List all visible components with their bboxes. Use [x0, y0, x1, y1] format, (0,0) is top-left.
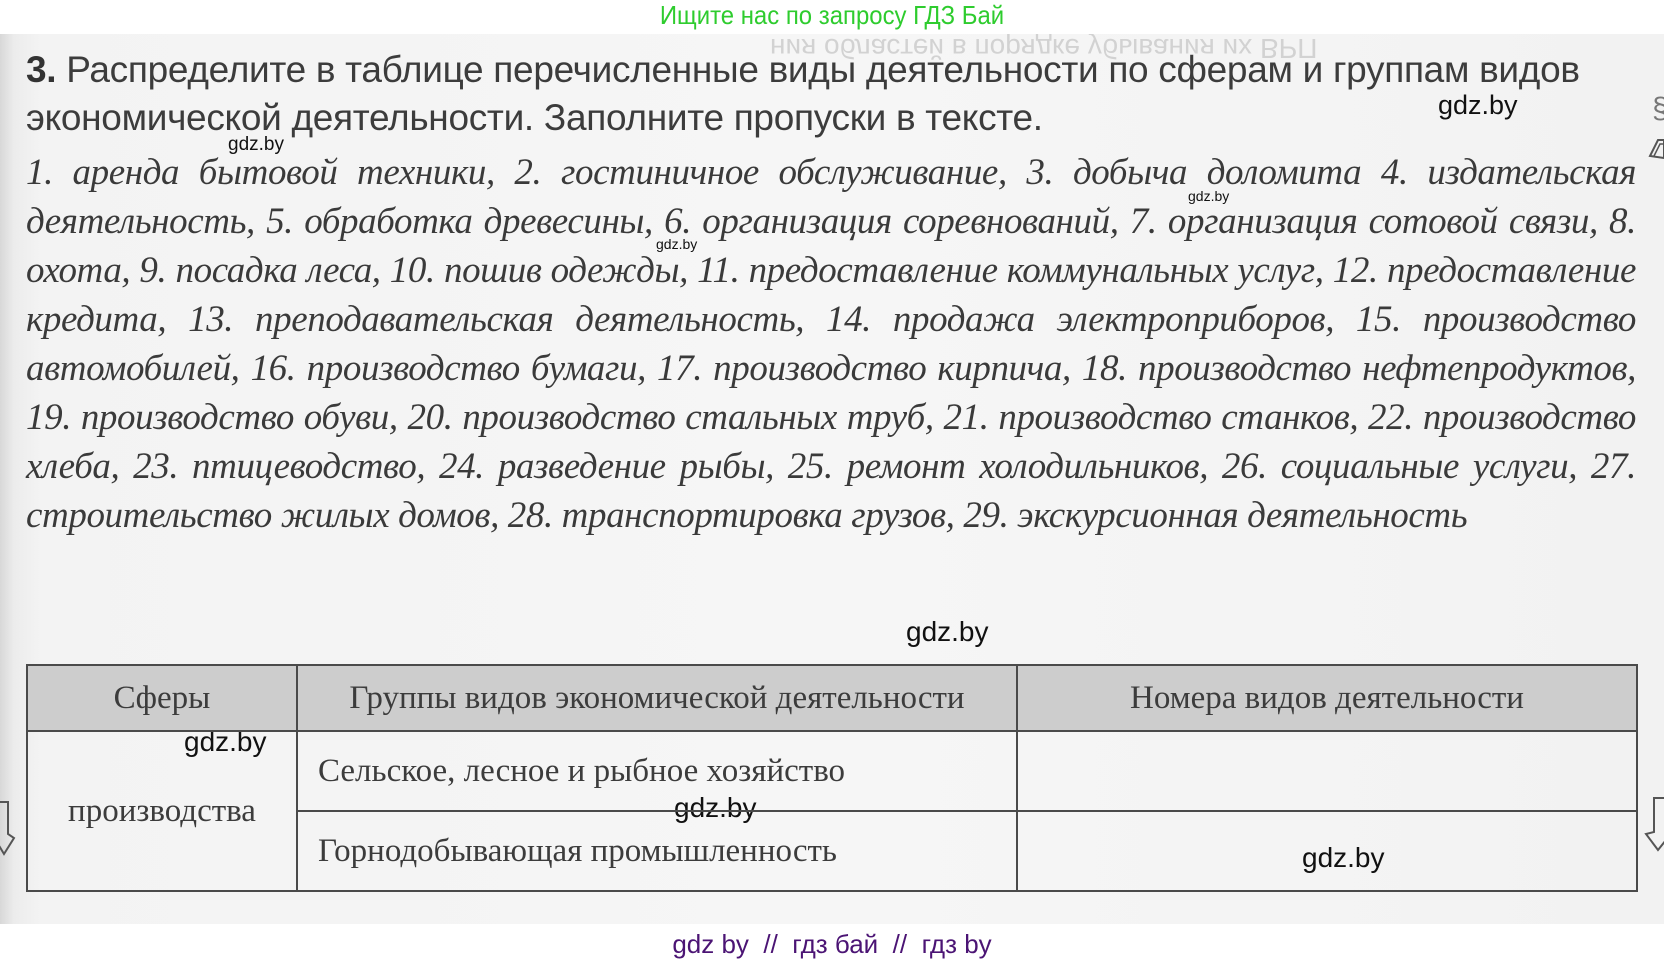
group-cell: Сельское, лесное и рыбное хозяйство — [297, 731, 1017, 811]
watermark: gdz.by — [1438, 90, 1518, 121]
activity-table: Сферы Группы видов экономической деятель… — [26, 664, 1638, 892]
header-groups: Группы видов экономической деятельности — [297, 665, 1017, 731]
footer-link[interactable]: gdz by — [672, 929, 749, 959]
search-banner: Ищите нас по запросу ГДЗ Бай — [67, 0, 1598, 34]
header-numbers: Номера видов деятельности — [1017, 665, 1637, 731]
textbook-page-scan: ния областей в порядке убывания их ВРП 3… — [0, 34, 1664, 924]
watermark: gdz.by — [906, 616, 989, 648]
book-icon: § — [1636, 94, 1664, 164]
footer-link[interactable]: гдз бай — [792, 929, 878, 959]
watermark: gdz.by — [1188, 188, 1229, 204]
footer-separator: // — [763, 929, 777, 959]
activities-list: 1. аренда бытовой техники, 2. гостинично… — [26, 148, 1636, 540]
task-instruction-text: Распределите в таблице перечисленные вид… — [26, 49, 1580, 138]
task-instruction: 3. Распределите в таблице перечисленные … — [26, 46, 1626, 142]
watermark: gdz.by — [228, 134, 284, 156]
footer-link[interactable]: гдз by — [922, 929, 992, 959]
footer-separator: // — [893, 929, 907, 959]
table-row: производства Сельское, лесное и рыбное х… — [27, 731, 1637, 811]
watermark: gdz.by — [656, 236, 697, 252]
group-cell: Горнодобывающая промышленность — [297, 811, 1017, 891]
sphere-cell: производства — [27, 731, 297, 891]
continue-arrow-right-icon — [1644, 796, 1664, 852]
numbers-cell-input[interactable] — [1017, 811, 1637, 891]
header-spheres: Сферы — [27, 665, 297, 731]
continue-arrow-left-icon — [0, 800, 22, 856]
task-number: 3. — [26, 49, 56, 90]
numbers-cell-input[interactable] — [1017, 731, 1637, 811]
footer-links: gdz by // гдз бай // гдз by — [0, 924, 1664, 967]
svg-text:§: § — [1652, 94, 1664, 125]
table-header-row: Сферы Группы видов экономической деятель… — [27, 665, 1637, 731]
